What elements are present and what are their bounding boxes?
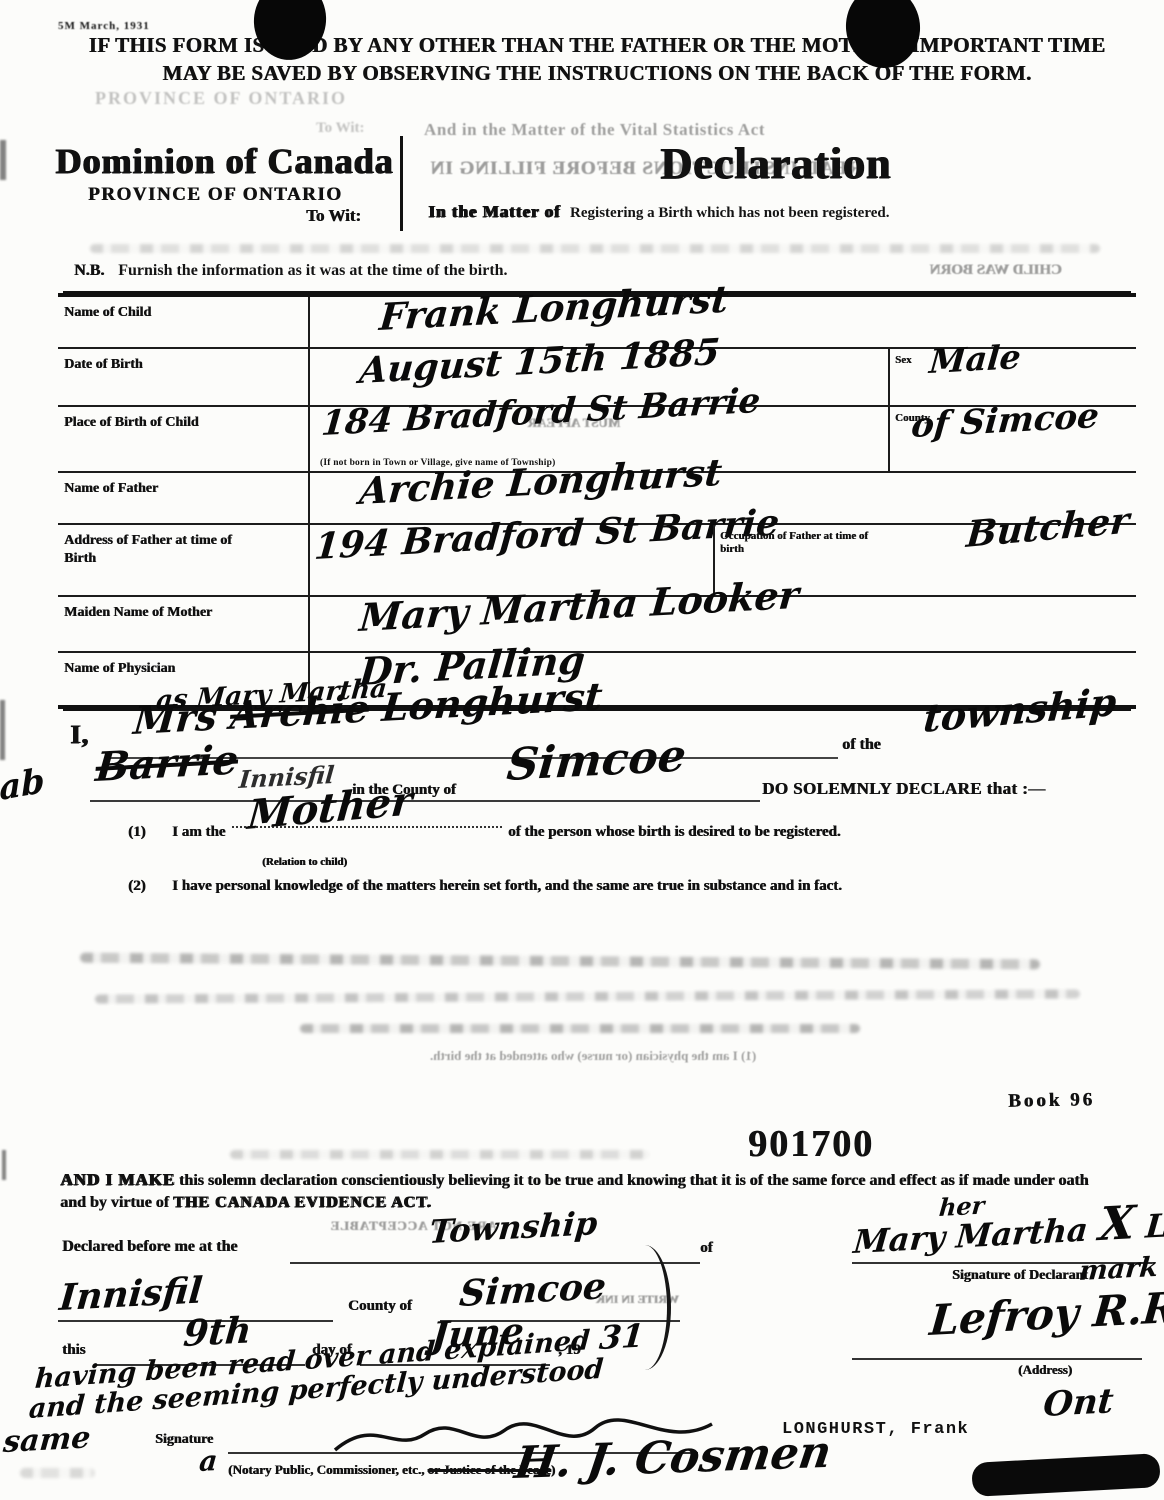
declarant-name-prefix: Mrs [132, 693, 219, 743]
county-value: of Simcoe [910, 399, 1100, 443]
ghost-text-smudge [300, 1024, 860, 1033]
ghost-text-smudge [230, 1150, 650, 1159]
birth-details-table: Name of Child Frank Longhurst Date of Bi… [58, 293, 1136, 709]
field-label-address-of-father: Address of Father at time of Birth [64, 532, 244, 567]
year-handwriting: 31 [598, 1319, 645, 1354]
notary-descriptor-pre: (Notary Public, Commissioner, etc., [228, 1462, 428, 1477]
in-the-matter-lead: In the Matter of [428, 202, 560, 221]
warning-line-1: IF THIS FORM IS USED BY ANY OTHER THAN T… [60, 33, 1134, 58]
province-of-ontario: PROVINCE OF ONTARIO [88, 184, 342, 206]
residence-line [90, 800, 760, 802]
commissioner-signature-handwriting: H. J. Cosmen [512, 1431, 834, 1486]
form-print-code: 5M March, 1931 [58, 20, 150, 32]
ghost-text-smudge [90, 244, 1100, 253]
field-label-physician: Name of Physician [64, 660, 244, 678]
township-jurat-handwriting: Township [428, 1207, 599, 1248]
ghost-province-text: PROVINCE OF ONTARIO [95, 88, 347, 109]
ghost-text-smudge [80, 953, 1040, 970]
scan-edge-mark [0, 140, 6, 180]
jurat-note-same-handwriting: same [2, 1423, 92, 1458]
field-label-name-of-child: Name of Child [64, 304, 244, 322]
scanned-birth-declaration-document: 5M March, 1931 IF THIS FORM IS USED BY A… [0, 0, 1164, 1500]
oath-lead: AND I MAKE [60, 1170, 175, 1189]
item2-number: (2) [128, 878, 146, 895]
redaction-ink-blob [971, 1453, 1161, 1497]
relation-to-child-note: (Relation to child) [262, 856, 347, 868]
nb-text: Furnish the information as it was at the… [118, 262, 507, 279]
address-line [852, 1358, 1142, 1360]
in-the-matter-rest: Registering a Birth which has not been r… [570, 205, 889, 221]
this-label: this [62, 1342, 85, 1359]
address-label: (Address) [1018, 1362, 1072, 1378]
table-row: Maiden Name of Mother Mary Martha Looker [58, 597, 1136, 653]
declaration-title: Declaration [660, 138, 891, 189]
book-number-stamp: Book 96 [1008, 1089, 1095, 1113]
item1-number: (1) [128, 824, 146, 841]
sex-value: Male [928, 340, 1022, 378]
field-label-name-of-father: Name of Father [64, 480, 244, 498]
field-label-place-of-birth: Place of Birth of Child [64, 414, 244, 432]
ghost-text-smudge [20, 1468, 95, 1478]
county-handwriting: Simcoe [505, 734, 688, 788]
day-handwriting: 9th [182, 1312, 253, 1352]
field-value-name-of-child: Frank Longhurst [378, 281, 730, 336]
innisfil-handwriting: Innisfil [58, 1272, 204, 1316]
ontario-handwriting: Ont [1042, 1384, 1115, 1422]
scan-edge-mark [0, 700, 5, 760]
nb-label: N.B. [74, 262, 104, 279]
oath-act: THE CANADA EVIDENCE ACT. [173, 1194, 431, 1211]
field-label-maiden-name: Maiden Name of Mother [64, 604, 244, 622]
county-cell: County of Simcoe [888, 407, 1136, 471]
in-the-matter-line: In the Matter of Registering a Birth whi… [428, 202, 889, 222]
declarant-name-struck: Archie [228, 685, 371, 738]
to-wit-label: To Wit: [306, 206, 361, 226]
residence-barrie-struck: Barrie [94, 736, 240, 791]
occupation-label: Occupation of Father at time of birth [720, 530, 870, 556]
declared-place-line [290, 1262, 700, 1264]
notary-descriptor-line: (Notary Public, Commissioner, etc., or J… [228, 1462, 555, 1478]
sex-label: Sex [895, 354, 912, 367]
ghost-text-smudge [95, 989, 1080, 1003]
signature-of-declarant-label: Signature of Declarant [952, 1268, 1088, 1284]
declared-before-label: Declared before me at the [62, 1238, 237, 1256]
declarant-last-name: Longhurst [1144, 1198, 1164, 1246]
nb-line: N.B. Furnish the information as it was a… [74, 262, 508, 280]
ghost-mirrored-must-appear: MUST APPEAR [528, 415, 621, 431]
declarant-first-name: Mary Martha [852, 1211, 1090, 1262]
item2-text: I have personal knowledge of the matters… [172, 878, 1092, 895]
registration-number-stamp: 901700 [748, 1122, 874, 1166]
of-jurat-label: of [700, 1240, 713, 1257]
county-of-jurat-label: County of [348, 1298, 412, 1315]
item1-post-text: of the person whose birth is desired to … [508, 824, 840, 841]
simcoe-jurat-handwriting: Simcoe [458, 1268, 608, 1312]
ghost-mirrored-child-was-born: CHILD WAS BORN [930, 262, 1062, 279]
declarant-x-mark: X [1097, 1195, 1137, 1251]
scan-edge-mark [2, 1150, 6, 1180]
item1-pre-text: I am the [172, 824, 225, 841]
header-vertical-rule [400, 136, 403, 231]
ghost-mirrored-physician-line: (1) I am the physician (or nurse) who at… [430, 1048, 756, 1064]
margin-note-ab: ab [0, 764, 45, 806]
solemnly-declare-label: DO SOLEMNLY DECLARE that :— [762, 779, 1045, 799]
field-label-date-of-birth: Date of Birth [64, 356, 244, 374]
address-handwriting: Lefroy R.R. [928, 1286, 1164, 1342]
dominion-of-canada-title: Dominion of Canada [55, 140, 393, 182]
warning-line-2: MAY BE SAVED BY OBSERVING THE INSTRUCTIO… [60, 61, 1134, 86]
mark-handwriting: mark [1078, 1254, 1159, 1285]
ghost-vital-statistics-line: And in the Matter of the Vital Statistic… [424, 120, 765, 140]
a-handwriting: a [198, 1447, 219, 1476]
of-the-label: of the [842, 736, 881, 754]
residence-struck-handwriting: Barrie [94, 740, 240, 788]
ghost-to-wit: To Wit: [316, 120, 365, 137]
declarant-i-label: I, [70, 720, 89, 750]
